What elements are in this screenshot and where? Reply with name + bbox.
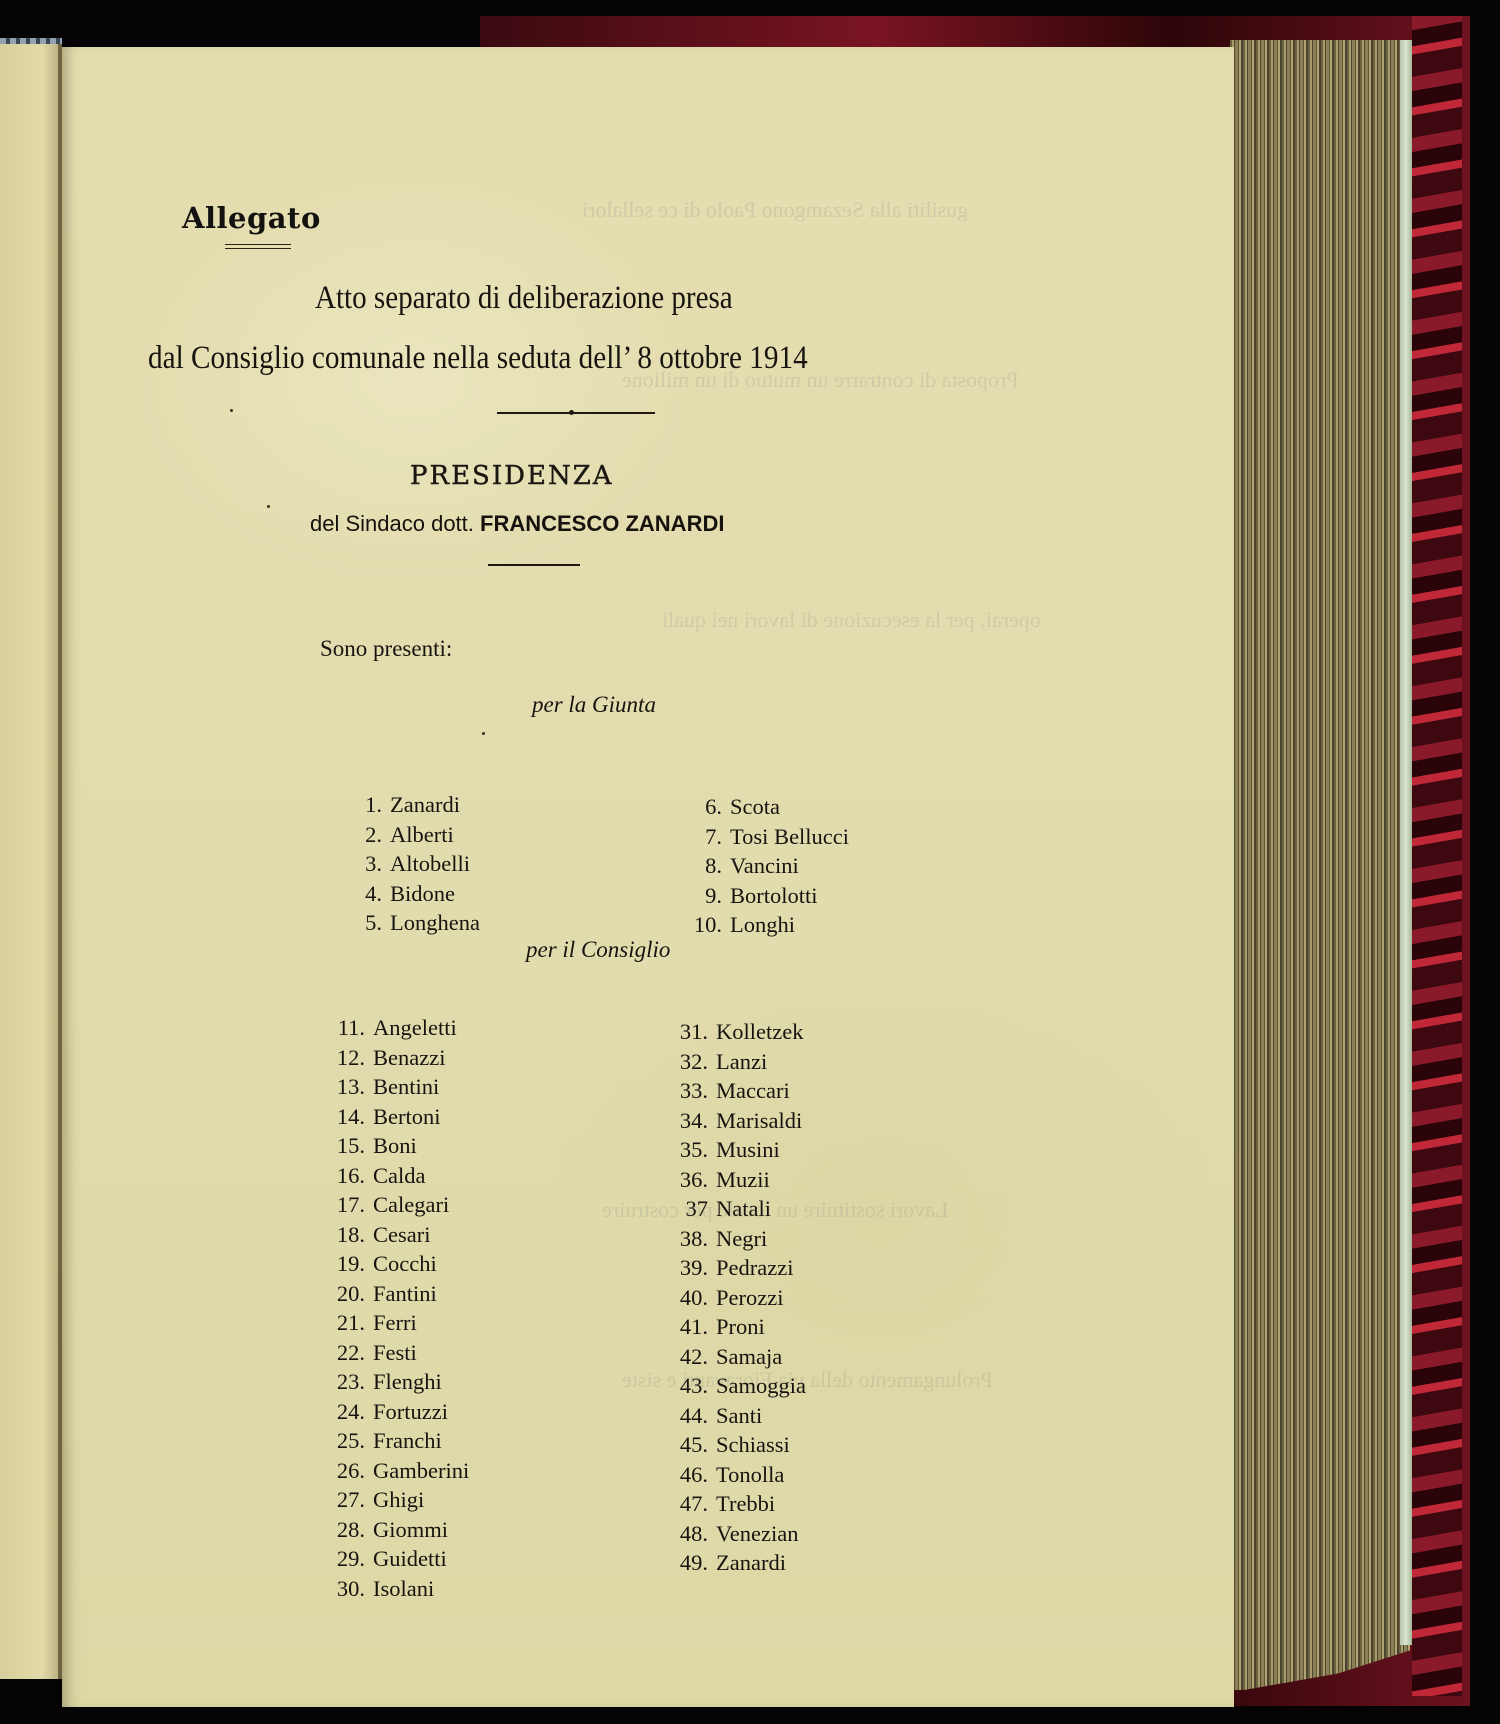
member-list-item: 4.Bidone: [322, 879, 480, 909]
member-number: 16.: [307, 1161, 365, 1191]
member-name: Fortuzzi: [365, 1397, 448, 1427]
member-list-item: 22.Festi: [307, 1338, 469, 1368]
member-name: Zanardi: [708, 1548, 786, 1578]
member-name: Kolletzek: [708, 1017, 803, 1047]
member-name: Giommi: [365, 1515, 448, 1545]
member-list-item: 33.Maccari: [650, 1076, 806, 1106]
member-name: Ferri: [365, 1308, 417, 1338]
member-number: 48.: [650, 1519, 708, 1549]
member-number: 27.: [307, 1485, 365, 1515]
member-name: Fantini: [365, 1279, 437, 1309]
member-name: Boni: [365, 1131, 417, 1161]
member-name: Festi: [365, 1338, 417, 1368]
member-list-item: 41.Proni: [650, 1312, 806, 1342]
member-name: Natali: [708, 1194, 771, 1224]
member-number: 32.: [650, 1047, 708, 1077]
member-name: Bortolotti: [722, 881, 818, 911]
member-number: 17.: [307, 1190, 365, 1220]
member-name: Longhena: [382, 908, 480, 938]
member-number: 12.: [307, 1043, 365, 1073]
member-name: Franchi: [365, 1426, 442, 1456]
member-name: Proni: [708, 1312, 765, 1342]
section-heading: Allegato: [182, 201, 321, 235]
member-list-item: 12.Benazzi: [307, 1043, 469, 1073]
member-number: 26.: [307, 1456, 365, 1486]
consiglio-list-column2: 31.Kolletzek32.Lanzi33.Maccari34.Marisal…: [650, 1017, 806, 1578]
member-number: 31.: [650, 1017, 708, 1047]
paper-speck: [230, 409, 233, 412]
member-name: Tosi Bellucci: [722, 822, 849, 852]
member-list-item: 43.Samoggia: [650, 1371, 806, 1401]
member-number: 6.: [662, 792, 722, 822]
member-number: 22.: [307, 1338, 365, 1368]
member-number: 46.: [650, 1460, 708, 1490]
member-name: Samoggia: [708, 1371, 806, 1401]
member-name: Bertoni: [365, 1102, 441, 1132]
member-list-item: 16.Calda: [307, 1161, 469, 1191]
member-number: 40.: [650, 1283, 708, 1313]
member-list-item: 38.Negri: [650, 1224, 806, 1254]
member-number: 37: [650, 1194, 708, 1224]
member-list-item: 28.Giommi: [307, 1515, 469, 1545]
member-list-item: 49.Zanardi: [650, 1548, 806, 1578]
member-name: Pedrazzi: [708, 1253, 793, 1283]
member-number: 28.: [307, 1515, 365, 1545]
member-list-item: 6.Scota: [662, 792, 849, 822]
member-number: 30.: [307, 1574, 365, 1604]
member-number: 21.: [307, 1308, 365, 1338]
member-name: Lanzi: [708, 1047, 767, 1077]
member-list-item: 9.Bortolotti: [662, 881, 849, 911]
giunta-list-column2: 6.Scota7.Tosi Bellucci8.Vancini9.Bortolo…: [662, 792, 849, 940]
member-number: 25.: [307, 1426, 365, 1456]
member-list-item: 32.Lanzi: [650, 1047, 806, 1077]
member-name: Isolani: [365, 1574, 434, 1604]
member-name: Alberti: [382, 820, 454, 850]
member-number: 24.: [307, 1397, 365, 1427]
member-list-item: 1.Zanardi: [322, 790, 480, 820]
member-number: 43.: [650, 1371, 708, 1401]
member-list-item: 8.Vancini: [662, 851, 849, 881]
member-number: 8.: [662, 851, 722, 881]
member-list-item: 47.Trebbi: [650, 1489, 806, 1519]
member-list-item: 46.Tonolla: [650, 1460, 806, 1490]
member-list-item: 40.Perozzi: [650, 1283, 806, 1313]
member-name: Longhi: [722, 910, 795, 940]
member-list-item: 13.Bentini: [307, 1072, 469, 1102]
presidency-label: PRESIDENZA: [410, 461, 614, 491]
member-name: Bidone: [382, 879, 455, 909]
member-name: Muzii: [708, 1165, 770, 1195]
member-list-item: 36.Muzii: [650, 1165, 806, 1195]
member-number: 1.: [322, 790, 382, 820]
member-name: Angeletti: [365, 1013, 457, 1043]
member-list-item: 39.Pedrazzi: [650, 1253, 806, 1283]
member-number: 9.: [662, 881, 722, 911]
member-name: Guidetti: [365, 1544, 447, 1574]
member-number: 45.: [650, 1430, 708, 1460]
document-page: gusiliti alla Sezamgono Paolo di ce sell…: [62, 47, 1234, 1707]
member-name: Maccari: [708, 1076, 790, 1106]
consiglio-list-column1: 11.Angeletti12.Benazzi13.Bentini14.Berto…: [307, 1013, 469, 1603]
member-list-item: 14.Bertoni: [307, 1102, 469, 1132]
member-number: 19.: [307, 1249, 365, 1279]
member-list-item: 10.Longhi: [662, 910, 849, 940]
double-rule-divider: [225, 244, 291, 249]
member-list-item: 44.Santi: [650, 1401, 806, 1431]
member-name: Bentini: [365, 1072, 439, 1102]
member-list-item: 29.Guidetti: [307, 1544, 469, 1574]
giunta-list-column1: 1.Zanardi2.Alberti3.Altobelli4.Bidone5.L…: [322, 790, 480, 938]
member-list-item: 27.Ghigi: [307, 1485, 469, 1515]
document-title-line2: dal Consiglio comunale nella seduta dell…: [148, 340, 808, 377]
document-title-line1: Atto separato di deliberazione presa: [315, 280, 733, 317]
member-number: 33.: [650, 1076, 708, 1106]
paper-speck: [482, 732, 485, 735]
member-list-item: 31.Kolletzek: [650, 1017, 806, 1047]
ornamental-divider: [497, 412, 655, 414]
member-number: 23.: [307, 1367, 365, 1397]
member-number: 7.: [662, 822, 722, 852]
member-name: Samaja: [708, 1342, 782, 1372]
member-number: 14.: [307, 1102, 365, 1132]
member-number: 13.: [307, 1072, 365, 1102]
member-list-item: 2.Alberti: [322, 820, 480, 850]
member-name: Negri: [708, 1224, 767, 1254]
member-list-item: 26.Gamberini: [307, 1456, 469, 1486]
member-name: Scota: [722, 792, 780, 822]
paper-speck: [267, 505, 270, 508]
member-list-item: 35.Musini: [650, 1135, 806, 1165]
member-list-item: 45.Schiassi: [650, 1430, 806, 1460]
member-list-item: 25.Franchi: [307, 1426, 469, 1456]
member-number: 49.: [650, 1548, 708, 1578]
member-number: 3.: [322, 849, 382, 879]
member-number: 11.: [307, 1013, 365, 1043]
member-number: 44.: [650, 1401, 708, 1431]
member-number: 18.: [307, 1220, 365, 1250]
attendance-label: Sono presenti:: [320, 636, 452, 662]
member-name: Zanardi: [382, 790, 460, 820]
member-name: Santi: [708, 1401, 762, 1431]
member-list-item: 20.Fantini: [307, 1279, 469, 1309]
member-list-item: 48.Venezian: [650, 1519, 806, 1549]
show-through-text: operai, per la esecuzione di lavori nei …: [662, 607, 1041, 633]
member-number: 15.: [307, 1131, 365, 1161]
member-number: 39.: [650, 1253, 708, 1283]
member-number: 5.: [322, 908, 382, 938]
member-number: 4.: [322, 879, 382, 909]
show-through-text: gusiliti alla Sezamgono Paolo di ce sell…: [582, 197, 968, 223]
member-name: Perozzi: [708, 1283, 783, 1313]
member-number: 20.: [307, 1279, 365, 1309]
member-number: 34.: [650, 1106, 708, 1136]
member-list-item: 17.Calegari: [307, 1190, 469, 1220]
member-number: 41.: [650, 1312, 708, 1342]
member-list-item: 34.Marisaldi: [650, 1106, 806, 1136]
member-name: Gamberini: [365, 1456, 469, 1486]
short-divider: [488, 564, 580, 566]
member-number: 10.: [662, 910, 722, 940]
member-name: Calda: [365, 1161, 425, 1191]
book-cover-edge: [1412, 16, 1462, 1696]
member-name: Cesari: [365, 1220, 430, 1250]
left-page: [0, 44, 60, 1679]
member-list-item: 37Natali: [650, 1194, 806, 1224]
member-list-item: 18.Cesari: [307, 1220, 469, 1250]
member-name: Trebbi: [708, 1489, 775, 1519]
presidency-line: del Sindaco dott. FRANCESCO ZANARDI: [310, 511, 724, 537]
member-name: Musini: [708, 1135, 780, 1165]
member-list-item: 23.Flenghi: [307, 1367, 469, 1397]
member-number: 2.: [322, 820, 382, 850]
member-list-item: 24.Fortuzzi: [307, 1397, 469, 1427]
member-name: Venezian: [708, 1519, 798, 1549]
member-name: Benazzi: [365, 1043, 445, 1073]
member-list-item: 5.Longhena: [322, 908, 480, 938]
mayor-name: FRANCESCO ZANARDI: [480, 511, 724, 536]
member-name: Altobelli: [382, 849, 470, 879]
member-name: Calegari: [365, 1190, 449, 1220]
member-list-item: 15.Boni: [307, 1131, 469, 1161]
consiglio-heading: per il Consiglio: [526, 937, 670, 963]
presidency-prefix: del Sindaco dott.: [310, 511, 480, 536]
member-list-item: 30.Isolani: [307, 1574, 469, 1604]
member-list-item: 3.Altobelli: [322, 849, 480, 879]
member-list-item: 7.Tosi Bellucci: [662, 822, 849, 852]
member-name: Cocchi: [365, 1249, 437, 1279]
page-edges-stack: [1230, 40, 1410, 1690]
member-name: Marisaldi: [708, 1106, 802, 1136]
member-list-item: 19.Cocchi: [307, 1249, 469, 1279]
member-name: Ghigi: [365, 1485, 424, 1515]
member-number: 29.: [307, 1544, 365, 1574]
member-name: Vancini: [722, 851, 799, 881]
member-list-item: 42.Samaja: [650, 1342, 806, 1372]
member-number: 35.: [650, 1135, 708, 1165]
member-number: 36.: [650, 1165, 708, 1195]
member-list-item: 11.Angeletti: [307, 1013, 469, 1043]
member-number: 47.: [650, 1489, 708, 1519]
member-name: Schiassi: [708, 1430, 790, 1460]
giunta-heading: per la Giunta: [532, 692, 656, 718]
member-number: 42.: [650, 1342, 708, 1372]
endpaper-strip: [1400, 40, 1412, 1645]
member-number: 38.: [650, 1224, 708, 1254]
member-name: Flenghi: [365, 1367, 442, 1397]
member-list-item: 21.Ferri: [307, 1308, 469, 1338]
member-name: Tonolla: [708, 1460, 784, 1490]
